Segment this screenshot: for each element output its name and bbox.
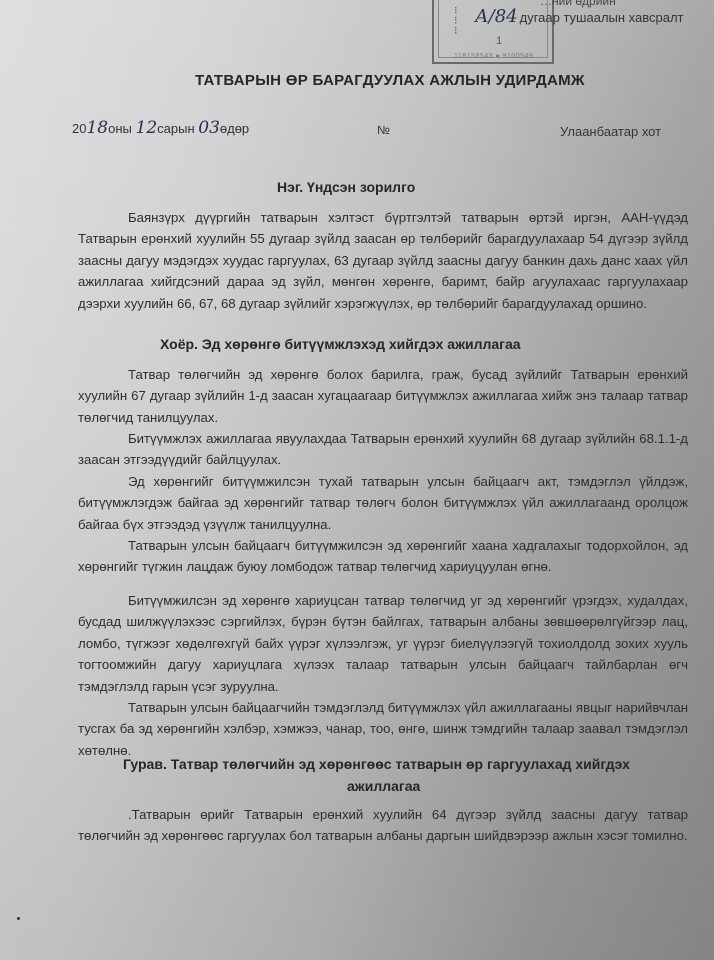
document-number-label: № <box>377 123 390 137</box>
annex-text: дугаар тушаалын хавсралт <box>520 10 684 25</box>
annex-label: А/84дугаар тушаалын хавсралт <box>475 6 684 27</box>
section-2-heading: Хоёр. Эд хөрөнгө битүүмжлэхэд хийгдэх аж… <box>160 336 521 352</box>
stamp-registry-number: 118158543 ● 9100549 <box>454 53 533 60</box>
month-handwritten: 12 <box>136 118 158 138</box>
section-3-paragraph-1: .Татварын өрийг Татварын ерөнхий хуулийн… <box>78 804 688 847</box>
city-label: Улаанбаатар хот <box>560 124 661 139</box>
year-handwritten: 18 <box>86 118 108 138</box>
section-2-paragraph-1: Татвар төлөгчийн эд хөрөнгө болох барилг… <box>78 364 688 428</box>
section-3-heading-line-2: ажиллагаа <box>347 778 420 794</box>
section-3-heading-line-1: Гурав. Татвар төлөгчийн эд хөрөнгөөс тат… <box>123 756 630 772</box>
section-2-paragraph-4: Татварын улсын байцаагч битүүмжилсэн эд … <box>78 535 688 578</box>
month-suffix: сарын <box>157 121 194 136</box>
section-2-paragraph-3: Эд хөрөнгийг битүүмжилсэн тухай татварын… <box>78 471 688 535</box>
document-title: ТАТВАРЫН ӨР БАРАГДУУЛАХ АЖЛЫН УДИРДАМЖ <box>195 72 585 89</box>
year-prefix: 20 <box>72 121 86 136</box>
section-2-paragraph-2: Битүүмжлэх ажиллагаа явуулахдаа Татварын… <box>78 428 688 471</box>
section-2-paragraph-6: Татварын улсын байцаагчийн тэмдэглэлд би… <box>78 697 688 761</box>
section-2-paragraph-5: Битүүмжилсэн эд хөрөнгө хариуцсан татвар… <box>78 590 688 697</box>
section-1-paragraph-1: Баянзүрх дүүргийн татварын хэлтэст бүртг… <box>78 207 688 314</box>
section-1-heading: Нэг. Үндсэн зорилго <box>277 179 415 195</box>
order-number-handwritten: А/84 <box>475 6 518 27</box>
day-handwritten: 03 <box>198 118 220 138</box>
year-suffix: оны <box>108 121 132 136</box>
ink-speck <box>17 917 20 920</box>
day-suffix: өдөр <box>220 121 249 136</box>
date-line: 2018оны 12сарын 03өдөр <box>72 118 249 138</box>
